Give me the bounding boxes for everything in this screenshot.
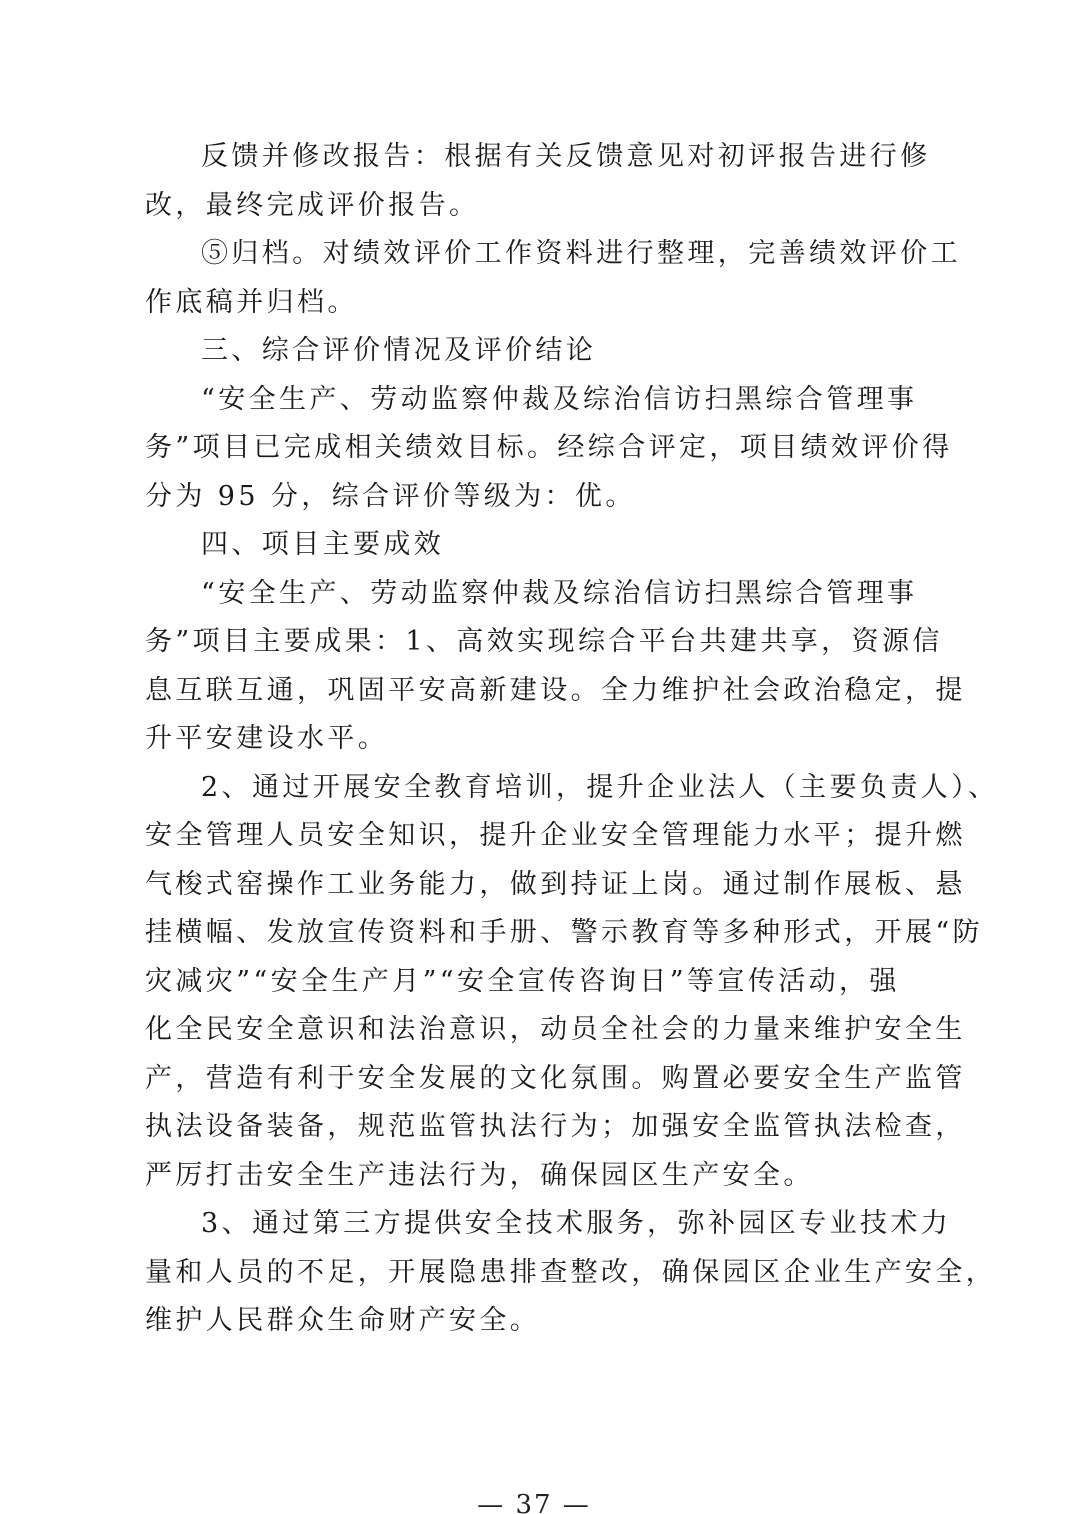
- text-line: 2、通过开展安全教育培训，提升企业法人（主要负责人）、: [145, 764, 923, 813]
- text-line: 四、项目主要成效: [145, 521, 923, 570]
- text-line: 灾减灾”“安全生产月”“安全宣传咨询日”等宣传活动，强: [145, 958, 923, 1007]
- text-line: 反馈并修改报告：根据有关反馈意见对初评报告进行修: [145, 133, 923, 182]
- achievement-2-paragraph: 2、通过开展安全教育培训，提升企业法人（主要负责人）、安全管理人员安全知识，提升…: [145, 764, 923, 1201]
- text-line: 升平安建设水平。: [145, 715, 923, 764]
- archive-paragraph: ⑤归档。对绩效评价工作资料进行整理，完善绩效评价工作底稿并归档。: [145, 230, 923, 327]
- text-line: 分为 95 分，综合评价等级为：优。: [145, 473, 923, 522]
- text-line: “安全生产、劳动监察仲裁及综治信访扫黑综合管理事: [145, 570, 923, 619]
- page-number: — 37 —: [0, 1490, 1068, 1514]
- text-line: “安全生产、劳动监察仲裁及综治信访扫黑综合管理事: [145, 376, 923, 425]
- text-line: 执法设备装备，规范监管执法行为；加强安全监管执法检查，: [145, 1103, 923, 1152]
- text-line: 维护人民群众生命财产安全。: [145, 1297, 923, 1346]
- text-line: 化全民安全意识和法治意识，动员全社会的力量来维护安全生: [145, 1006, 923, 1055]
- text-line: 3、通过第三方提供安全技术服务，弥补园区专业技术力: [145, 1200, 923, 1249]
- text-line: 挂横幅、发放宣传资料和手册、警示教育等多种形式，开展“防: [145, 909, 923, 958]
- conclusion-paragraph: “安全生产、劳动监察仲裁及综治信访扫黑综合管理事务”项目已完成相关绩效目标。经综…: [145, 376, 923, 522]
- text-line: 作底稿并归档。: [145, 279, 923, 328]
- text-line: 改，最终完成评价报告。: [145, 182, 923, 231]
- feedback-revise-paragraph: 反馈并修改报告：根据有关反馈意见对初评报告进行修改，最终完成评价报告。: [145, 133, 923, 230]
- text-line: 安全管理人员安全知识，提升企业安全管理能力水平；提升燃: [145, 812, 923, 861]
- achievement-3-paragraph: 3、通过第三方提供安全技术服务，弥补园区专业技术力量和人员的不足，开展隐患排查整…: [145, 1200, 923, 1346]
- section-3-heading: 三、综合评价情况及评价结论: [145, 327, 923, 376]
- text-line: 务”项目已完成相关绩效目标。经综合评定，项目绩效评价得: [145, 424, 923, 473]
- text-line: 务”项目主要成果：1、高效实现综合平台共建共享，资源信: [145, 618, 923, 667]
- text-line: 息互联互通，巩固平安高新建设。全力维护社会政治稳定，提: [145, 667, 923, 716]
- text-line: 严厉打击安全生产违法行为，确保园区生产安全。: [145, 1152, 923, 1201]
- section-4-heading: 四、项目主要成效: [145, 521, 923, 570]
- text-line: ⑤归档。对绩效评价工作资料进行整理，完善绩效评价工: [145, 230, 923, 279]
- text-line: 产，营造有利于安全发展的文化氛围。购置必要安全生产监管: [145, 1055, 923, 1104]
- text-line: 三、综合评价情况及评价结论: [145, 327, 923, 376]
- achievement-1-paragraph: “安全生产、劳动监察仲裁及综治信访扫黑综合管理事务”项目主要成果：1、高效实现综…: [145, 570, 923, 764]
- text-line: 量和人员的不足，开展隐患排查整改，确保园区企业生产安全，: [145, 1249, 923, 1298]
- text-line: 气梭式窑操作工业务能力，做到持证上岗。通过制作展板、悬: [145, 861, 923, 910]
- document-body: 反馈并修改报告：根据有关反馈意见对初评报告进行修改，最终完成评价报告。⑤归档。对…: [145, 133, 923, 1346]
